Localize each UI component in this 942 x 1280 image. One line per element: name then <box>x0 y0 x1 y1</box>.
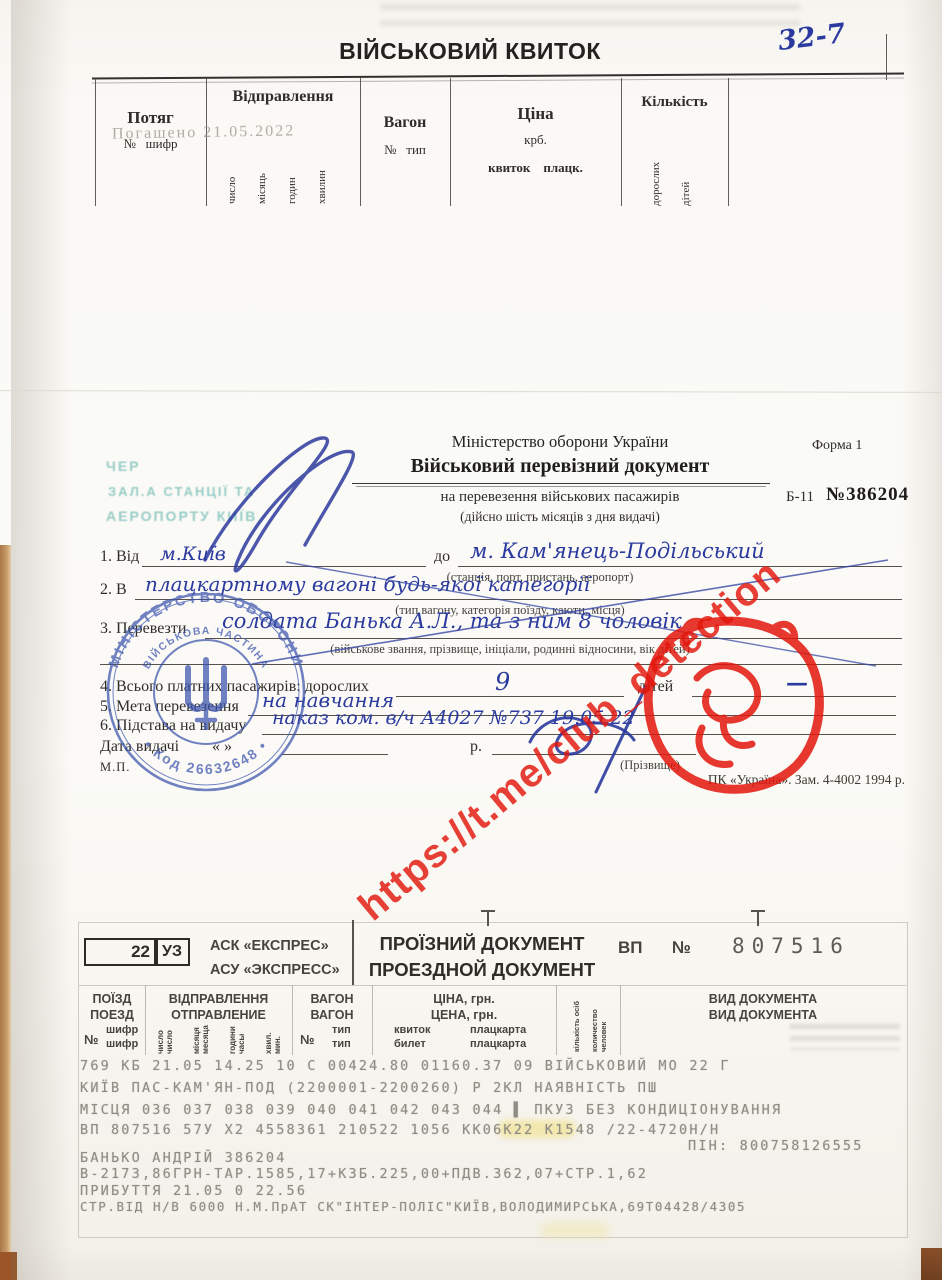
bt-doctype-smudge <box>790 1024 900 1050</box>
trident-emblem <box>188 660 224 728</box>
paper-stain-bottom <box>540 1222 610 1238</box>
carrier-code-box: 22 <box>84 938 158 966</box>
matrix-line-8: ПРИБУТТЯ 21.05 0 22.56 <box>80 1183 910 1199</box>
bt-wagon-ru: ВАГОН <box>292 1008 372 1022</box>
bt-train-ua: ПОЇЗД <box>80 992 144 1006</box>
bt-dep-v1: число число <box>156 1020 174 1054</box>
stamp-text-code: • Код 26632648 • <box>141 737 271 777</box>
scanned-document-page: ВІЙСЬКОВИЙ КВИТОК 32-7 Потяг № шифр Відп… <box>0 0 942 1280</box>
bt-wagon-ua: ВАГОН <box>292 992 372 1006</box>
ask-express-ua: АСК «ЕКСПРЕС» <box>210 938 329 954</box>
bottom-ticket-tick-right <box>757 910 759 926</box>
matrix-line-9: СТР.ВІД Н/В 6000 Н.М.ПрАТ СК"ІНТЕР-ПОЛІС… <box>80 1199 910 1214</box>
bt-count-ru: количество человек <box>590 990 608 1052</box>
bt-wagon-type-ru: тип <box>332 1038 351 1050</box>
matrix-line-6: БАНЬКО АНДРІЙ 386204 <box>80 1150 910 1166</box>
watermark-bulldog-emblem <box>612 598 842 818</box>
bottom-ticket-tick-left <box>487 910 489 926</box>
bt-price-ua: ЦІНА, грн. <box>372 992 556 1006</box>
military-unit-round-stamp: МІНІСТЕРСТВО ОБОРОНИ ВІЙСЬКОВА ЧАСТИНА •… <box>96 586 316 806</box>
bt-price-platz-ru: плацкарта <box>470 1038 526 1050</box>
matrix-line-1: 769 КБ 21.05 14.25 10 С 00424.80 01160.3… <box>80 1058 910 1074</box>
bt-train-no: № <box>84 1032 99 1047</box>
vp-no-sign: № <box>672 938 691 958</box>
bt-price-ru: ЦЕНА, грн. <box>372 1008 556 1022</box>
bt-doctype-ua: ВИД ДОКУМЕНТА <box>620 992 906 1006</box>
bt-train-code-ru: шифр <box>106 1038 138 1050</box>
matrix-line-4: ВП 807516 57У Х2 4558361 210522 1056 КК0… <box>80 1122 910 1138</box>
bt-wagon-type-ua: тип <box>332 1024 351 1036</box>
bt-count-ua: кількість осіб <box>572 990 581 1052</box>
matrix-line-3: МІСЦЯ 036 037 038 039 040 041 042 043 04… <box>80 1102 910 1118</box>
header-divider <box>352 920 354 986</box>
matrix-line-7: В-2173,86ГРН-ТАР.1585,17+КЗБ.225,00+ПДВ.… <box>80 1166 910 1182</box>
ask-express-ru: АСУ «ЭКСПРЕСС» <box>210 962 340 978</box>
travel-doc-title-ru: ПРОЕЗДНОЙ ДОКУМЕНТ <box>362 959 602 981</box>
bottom-ticket-tick-left-cap <box>481 910 495 912</box>
bt-dep-v3: години часы <box>228 1020 246 1054</box>
bt-train-code-ua: шифр <box>106 1024 138 1036</box>
bt-price-ticket-ru: билет <box>394 1038 426 1050</box>
bt-wagon-no: № <box>300 1032 315 1047</box>
emblem-face-scribble <box>697 666 758 765</box>
bt-price-platz-ua: плацкарта <box>470 1024 526 1036</box>
bt-dep-ua: ВІДПРАВЛЕННЯ <box>145 992 292 1006</box>
bt-train-ru: ПОЕЗД <box>80 1008 144 1022</box>
matrix-line-2: КИЇВ ПАС-КАМ'ЯН-ПОД (2200001-2200260) Р … <box>80 1080 910 1096</box>
bt-dep-v4: хвил. мин. <box>264 1020 282 1054</box>
vp-label: ВП <box>618 938 643 958</box>
svg-text:• Код 26632648 •: • Код 26632648 • <box>141 737 271 777</box>
bt-dep-v2: місяця месяца <box>192 1020 210 1054</box>
signature-flourish-stroke <box>205 438 353 571</box>
bt-col-line-4 <box>556 985 557 1055</box>
vp-number: 807516 <box>732 934 850 958</box>
bt-header-topline <box>78 985 906 986</box>
travel-doc-title-ua: ПРОЇЗНИЙ ДОКУМЕНТ <box>362 933 602 955</box>
carrier-abbr-box: УЗ <box>154 938 190 966</box>
bottom-ticket-tick-right-cap <box>751 910 765 912</box>
bt-doctype-ru: ВИД ДОКУМЕНТА <box>620 1008 906 1022</box>
bt-price-ticket-ua: квиток <box>394 1024 431 1036</box>
